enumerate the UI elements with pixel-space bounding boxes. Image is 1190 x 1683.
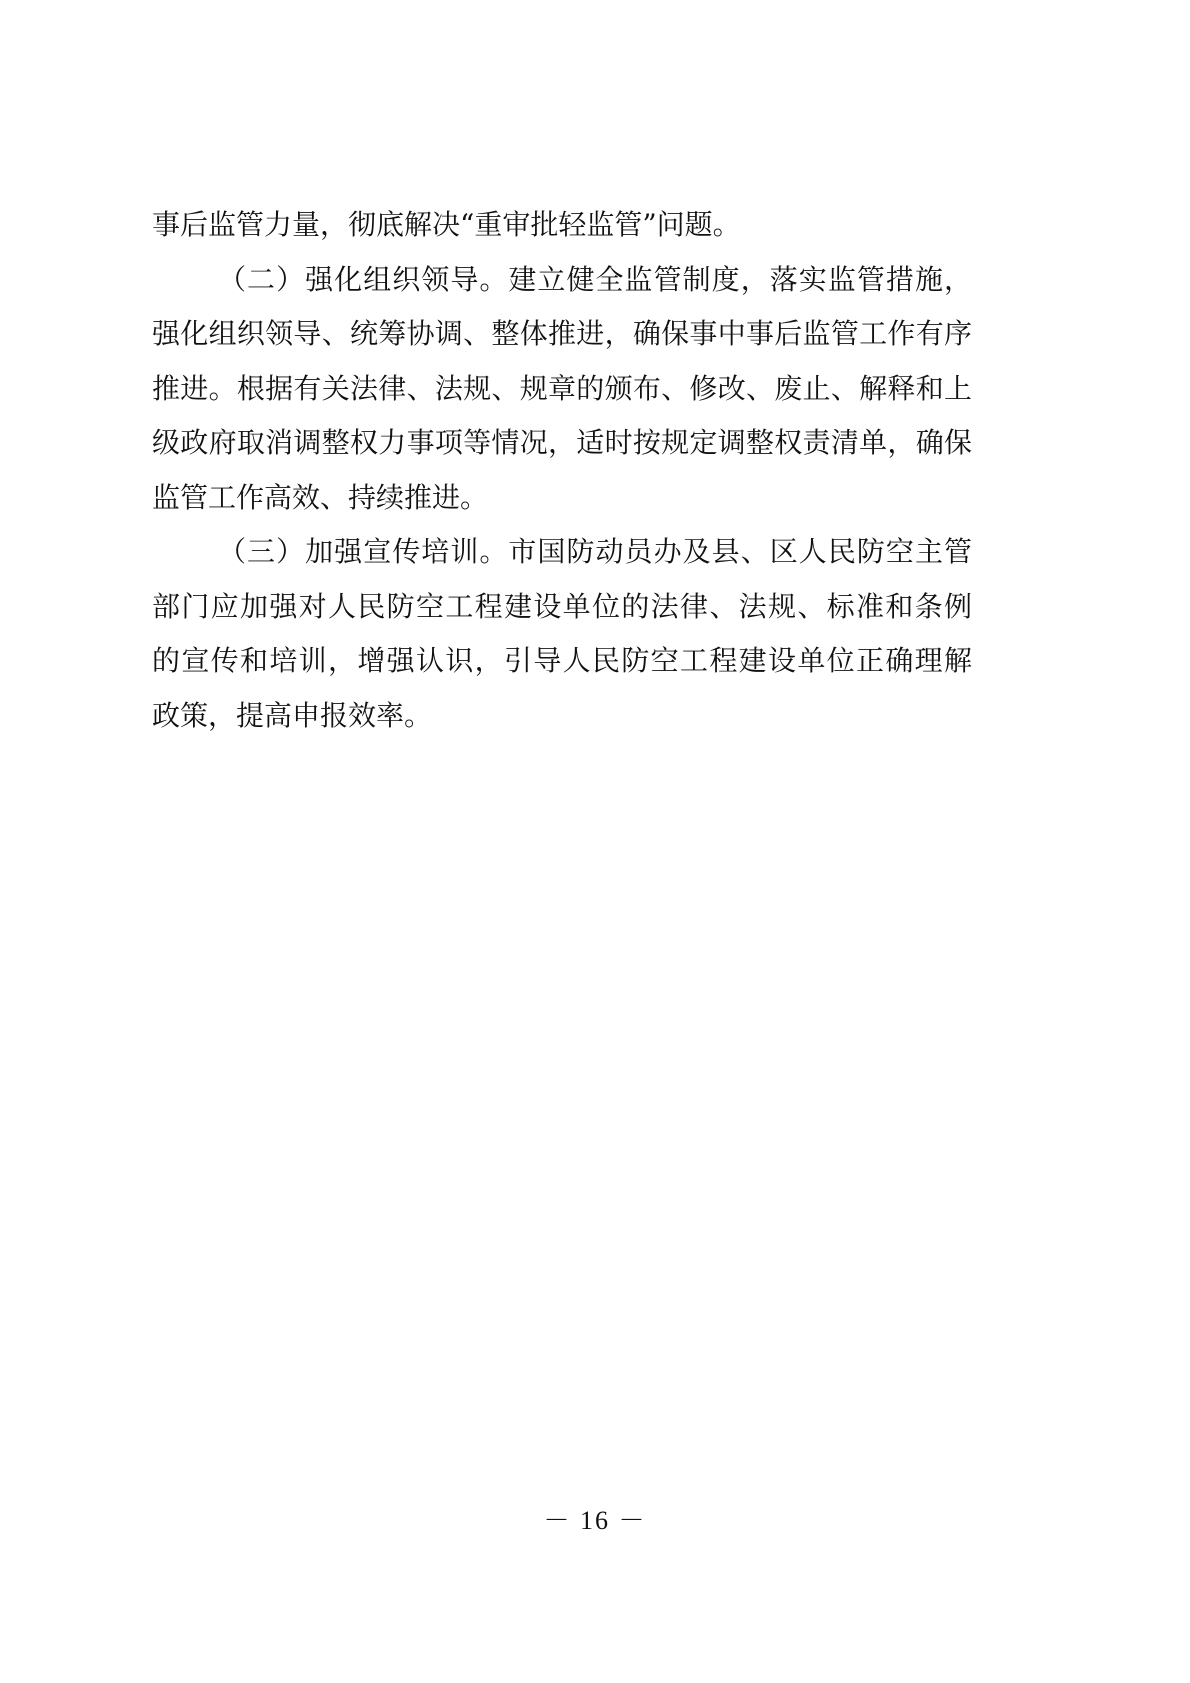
- text-line: 级政府取消调整权力事项等情况，适时按规定调整权责清单，确保: [152, 416, 972, 471]
- section-heading-line: （二）强化组织领导。建立健全监管制度，落实监管措施，: [152, 253, 972, 308]
- text-line: 的宣传和培训，增强认识，引导人民防空工程建设单位正确理解: [152, 634, 972, 689]
- text-line: 推进。根据有关法律、法规、规章的颁布、修改、废止、解释和上: [152, 362, 972, 417]
- text-line: 强化组织领导、统筹协调、整体推进，确保事中事后监管工作有序: [152, 307, 972, 362]
- document-page: 事后监管力量，彻底解决“重审批轻监管”问题。 （二）强化组织领导。建立健全监管制…: [0, 0, 1190, 1683]
- text-line: 监管工作高效、持续推进。: [152, 471, 972, 526]
- page-number: － 16 －: [0, 1500, 1190, 1537]
- text-line: 事后监管力量，彻底解决“重审批轻监管”问题。: [152, 198, 972, 253]
- body-text: 事后监管力量，彻底解决“重审批轻监管”问题。 （二）强化组织领导。建立健全监管制…: [152, 198, 972, 743]
- text-line: 部门应加强对人民防空工程建设单位的法律、法规、标准和条例: [152, 580, 972, 635]
- text-line: 政策，提高申报效率。: [152, 689, 972, 744]
- section-heading-line: （三）加强宣传培训。市国防动员办及县、区人民防空主管: [152, 525, 972, 580]
